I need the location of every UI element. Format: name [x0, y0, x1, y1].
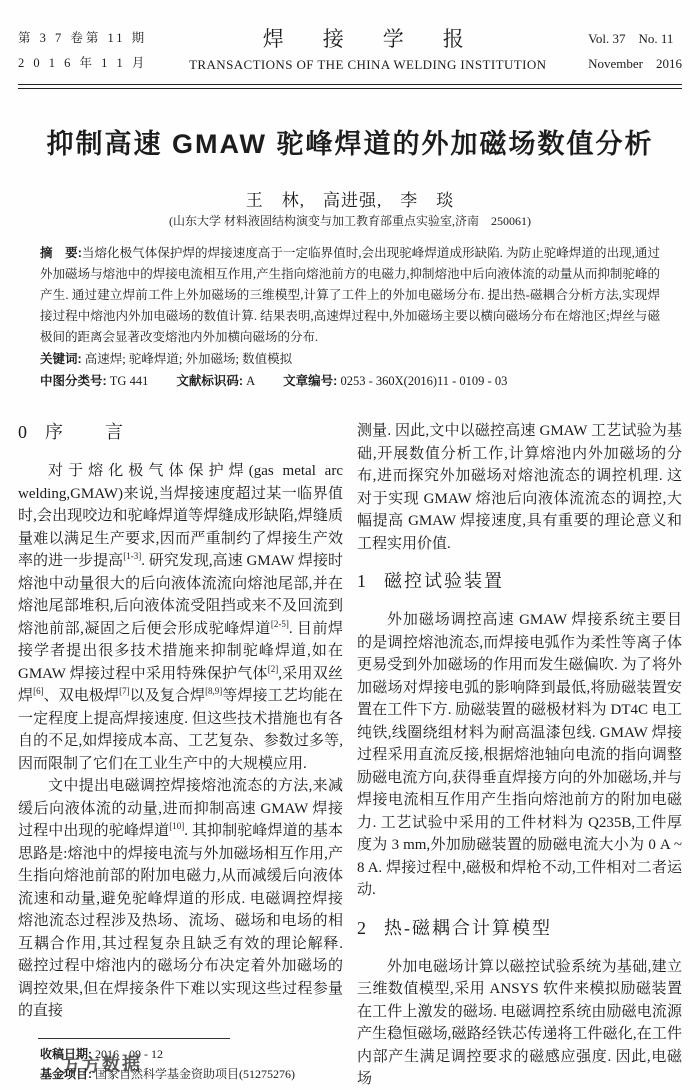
right-column: 测量. 因此,文中以磁控高速 GMAW 工艺试验为基础,开展数值分析工作,计算熔… — [357, 420, 682, 1090]
keywords-line: 关键词: 高速焊; 驼峰焊道; 外加磁场; 数值模拟 — [40, 349, 660, 370]
issue-info-en: Vol. 37 No. 11 November 2016 — [588, 26, 682, 76]
section-number: 1 — [357, 571, 366, 591]
keywords-label: 关键词: — [40, 352, 82, 366]
left-column: 0序 言对于熔化极气体保护焊(gas metal arc welding,GMA… — [18, 420, 343, 1090]
section-heading: 0序 言 — [18, 422, 343, 442]
journal-title-block: 焊 接 学 报 TRANSACTIONS OF THE CHINA WELDIN… — [147, 26, 588, 77]
issue-volume-en: Vol. 37 No. 11 — [588, 26, 682, 51]
section-title: 序 言 — [45, 422, 125, 442]
doc-code-value: A — [246, 374, 255, 388]
section-heading: 1磁控试验装置 — [357, 571, 682, 591]
authors-line: 王 林, 高进强, 李 琰 — [0, 186, 700, 211]
reference-marker: [7] — [119, 686, 130, 696]
article-id-label: 文章编号: — [283, 374, 337, 388]
body-paragraph: 测量. 因此,文中以磁控高速 GMAW 工艺试验为基础,开展数值分析工作,计算熔… — [357, 420, 682, 555]
journal-title-en: TRANSACTIONS OF THE CHINA WELDING INSTIT… — [147, 52, 588, 77]
abstract-block: 摘 要:当熔化极气体保护焊的焊接速度高于一定临界值时,会出现驼峰焊道成形缺陷. … — [40, 243, 660, 392]
reference-marker: [2] — [268, 664, 279, 674]
wanfang-watermark: 万方数据 — [62, 1050, 143, 1079]
paper-page: 第 3 7 卷第 11 期 2 0 1 6 年 1 1 月 焊 接 学 报 TR… — [0, 0, 700, 1090]
reference-marker: [10] — [169, 821, 184, 831]
journal-title-cn: 焊 接 学 报 — [147, 26, 588, 52]
body-paragraph: 对于熔化极气体保护焊(gas metal arc welding,GMAW)来说… — [18, 460, 343, 775]
abstract-paragraph: 摘 要:当熔化极气体保护焊的焊接速度高于一定临界值时,会出现驼峰焊道成形缺陷. … — [40, 243, 660, 348]
section-heading: 2热-磁耦合计算模型 — [357, 918, 682, 938]
article-id-value: 0253 - 360X(2016)11 - 0109 - 03 — [340, 374, 507, 388]
reference-marker: [8,9] — [205, 686, 222, 696]
doc-code-label: 文献标识码: — [176, 374, 243, 388]
issue-info: 第 3 7 卷第 11 期 2 0 1 6 年 1 1 月 — [18, 26, 147, 76]
abstract-text: 当熔化极气体保护焊的焊接速度高于一定临界值时,会出现驼峰焊道成形缺陷. 为防止驼… — [40, 246, 660, 344]
reference-marker: [6] — [33, 686, 44, 696]
keywords-text: 高速焊; 驼峰焊道; 外加磁场; 数值模拟 — [85, 352, 292, 366]
body-paragraph: 外加磁场调控高速 GMAW 焊接系统主要目的是调控熔池流态,而焊接电弧作为柔性等… — [357, 609, 682, 902]
section-number: 2 — [357, 918, 366, 938]
footnote-divider — [38, 1038, 230, 1039]
section-title: 热-磁耦合计算模型 — [384, 918, 552, 938]
body-paragraph: 外加电磁场计算以磁控试验系统为基础,建立三维数值模型,采用 ANSYS 软件来模… — [357, 956, 682, 1090]
abstract-label: 摘 要: — [40, 246, 82, 260]
clc-value: TG 441 — [110, 374, 149, 388]
page-title: 抑制高速 GMAW 驼峰焊道的外加磁场数值分析 — [0, 122, 700, 161]
affiliation-line: (山东大学 材料液固结构演变与加工教育部重点实验室,济南 250061) — [0, 212, 700, 229]
issue-date-cn: 2 0 1 6 年 1 1 月 — [18, 51, 147, 76]
journal-header: 第 3 7 卷第 11 期 2 0 1 6 年 1 1 月 焊 接 学 报 TR… — [18, 26, 682, 77]
section-title: 磁控试验装置 — [384, 571, 504, 591]
header-divider — [18, 84, 682, 89]
body-paragraph: 文中提出电磁调控焊接熔池流态的方法,来减缓后向液体流的动量,进而抑制高速 GMA… — [18, 775, 343, 1023]
section-number: 0 — [18, 422, 27, 442]
body-columns: 0序 言对于熔化极气体保护焊(gas metal arc welding,GMA… — [18, 420, 682, 1090]
issue-date-en: November 2016 — [588, 51, 682, 76]
reference-marker: [1-3] — [123, 551, 141, 561]
reference-marker: [2-5] — [271, 619, 289, 629]
issue-volume-cn: 第 3 7 卷第 11 期 — [18, 26, 147, 51]
classification-line: 中图分类号: TG 441文献标识码: A文章编号: 0253 - 360X(2… — [40, 371, 660, 392]
clc-label: 中图分类号: — [40, 374, 107, 388]
